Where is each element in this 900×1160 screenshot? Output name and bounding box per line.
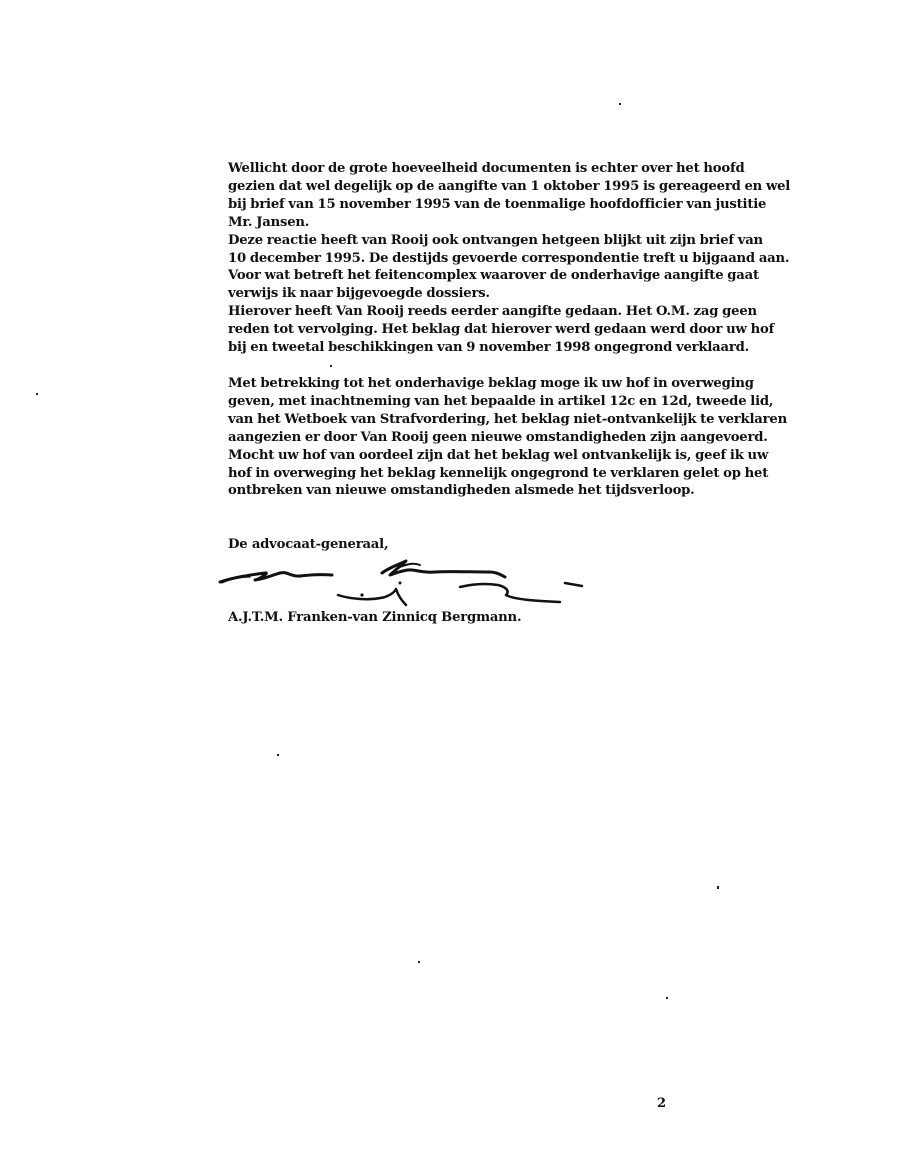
text-line: Deze reactie heeft van Rooij ook ontvang… bbox=[228, 232, 773, 250]
letter-body: Wellicht door de grote hoeveelheid docum… bbox=[228, 160, 773, 500]
scan-speck bbox=[666, 997, 668, 999]
signature-icon bbox=[210, 555, 600, 610]
text-line: Mocht uw hof van oordeel zijn dat het be… bbox=[228, 447, 773, 465]
text-line: Voor wat betreft het feitencomplex waaro… bbox=[228, 267, 773, 285]
text-line: aangezien er door Van Rooij geen nieuwe … bbox=[228, 429, 773, 447]
text-line: hof in overweging het beklag kennelijk o… bbox=[228, 465, 773, 483]
text-line: geven, met inachtneming van het bepaalde… bbox=[228, 393, 773, 411]
paragraph-1: Wellicht door de grote hoeveelheid docum… bbox=[228, 160, 773, 357]
paragraph-2: Met betrekking tot het onderhavige bekla… bbox=[228, 375, 773, 500]
text-line: reden tot vervolging. Het beklag dat hie… bbox=[228, 321, 773, 339]
page-number: 2 bbox=[657, 1096, 666, 1111]
scan-speck bbox=[330, 365, 332, 367]
document-page: Wellicht door de grote hoeveelheid docum… bbox=[0, 0, 900, 1160]
text-line: ontbreken van nieuwe omstandigheden alsm… bbox=[228, 482, 773, 500]
text-line: Mr. Jansen. bbox=[228, 214, 773, 232]
text-line: Wellicht door de grote hoeveelheid docum… bbox=[228, 160, 773, 178]
text-line: Hierover heeft Van Rooij reeds eerder aa… bbox=[228, 303, 773, 321]
text-line: Met betrekking tot het onderhavige bekla… bbox=[228, 375, 773, 393]
scan-speck bbox=[619, 103, 621, 105]
scan-speck bbox=[717, 886, 719, 889]
text-line: bij en tweetal beschikkingen van 9 novem… bbox=[228, 339, 773, 357]
text-line: 10 december 1995. De destijds gevoerde c… bbox=[228, 250, 773, 268]
text-line: bij brief van 15 november 1995 van de to… bbox=[228, 196, 773, 214]
scan-speck bbox=[36, 393, 38, 395]
text-line: van het Wetboek van Strafvordering, het … bbox=[228, 411, 773, 429]
scan-speck bbox=[277, 754, 279, 756]
text-line: verwijs ik naar bijgevoegde dossiers. bbox=[228, 285, 773, 303]
paragraph-gap bbox=[228, 357, 773, 375]
closing-salutation: De advocaat-generaal, bbox=[228, 537, 388, 552]
scan-speck bbox=[418, 961, 420, 963]
text-line: gezien dat wel degelijk op de aangifte v… bbox=[228, 178, 773, 196]
signer-name: A.J.T.M. Franken-van Zinnicq Bergmann. bbox=[228, 610, 521, 625]
